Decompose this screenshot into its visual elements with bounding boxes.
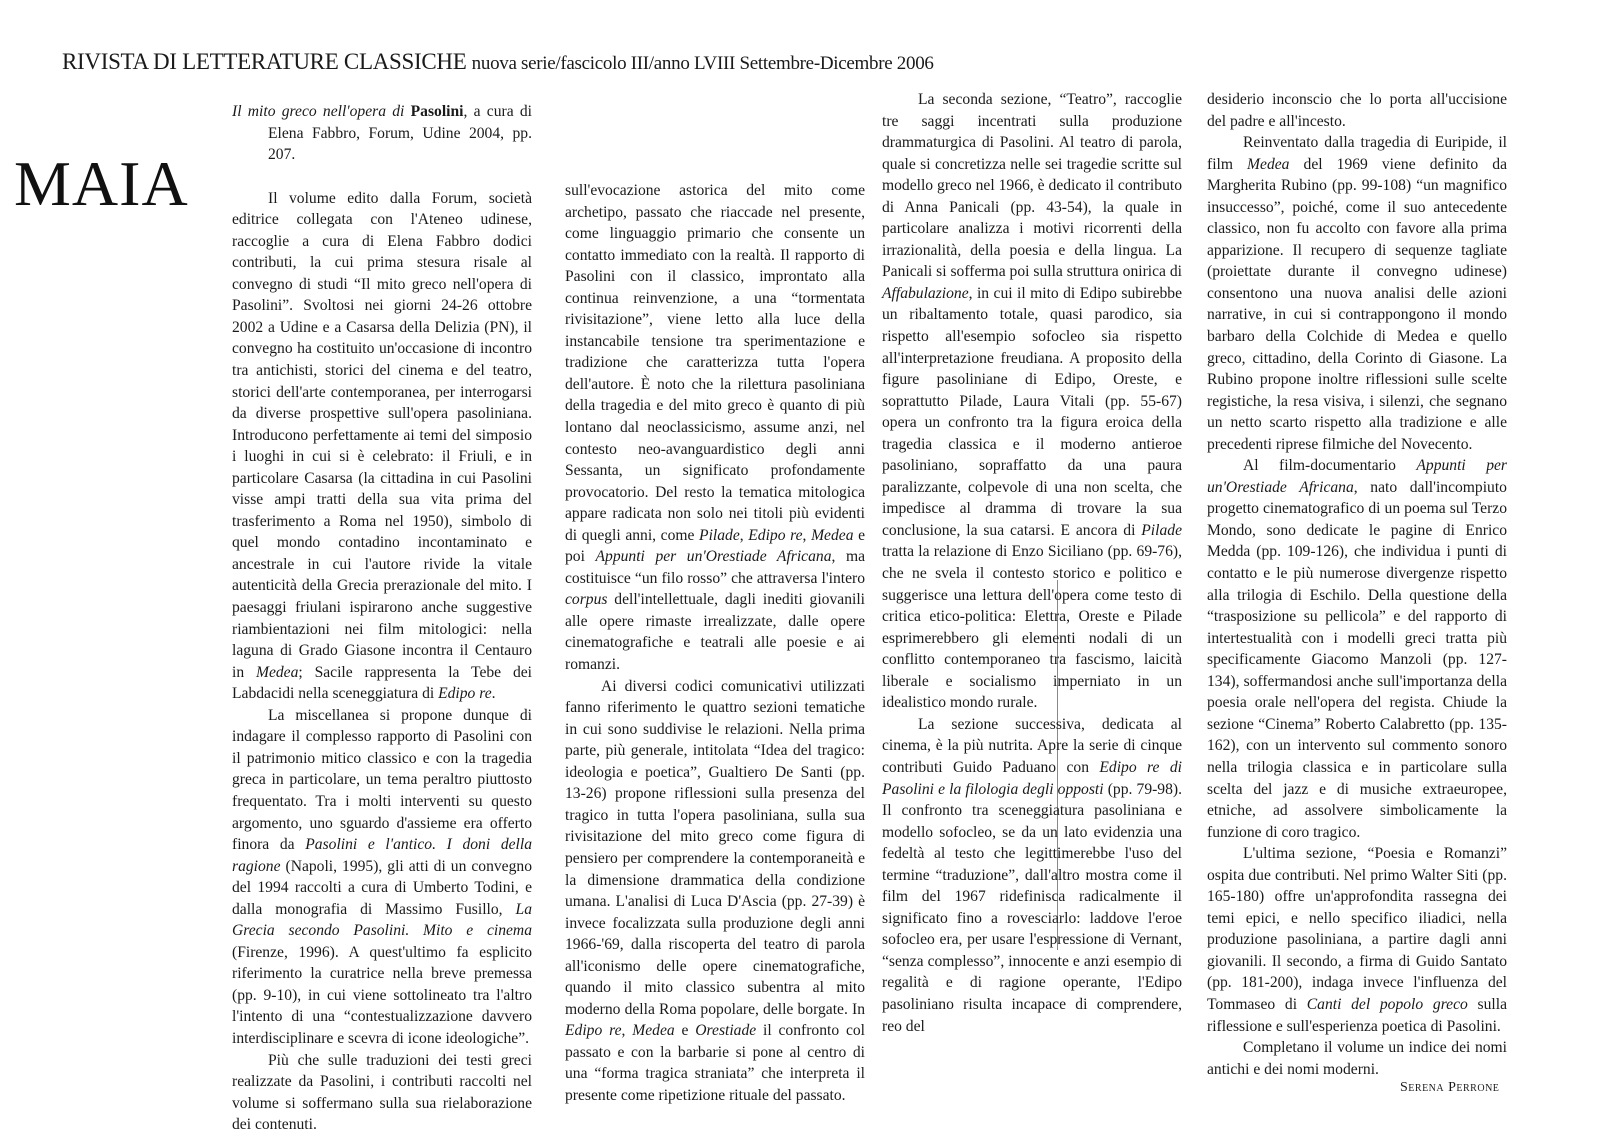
paragraph: Completano il volume un indice dei nomi … [1207,1037,1507,1080]
paragraph: sull'evocazione astorica del mito come a… [565,180,865,676]
paragraph: La sezione successiva, dedicata al cinem… [882,714,1182,1037]
author-signature: Serena Perrone [1400,1080,1499,1096]
paragraph: La seconda sezione, “Teatro”, raccoglie … [882,89,1182,714]
column-4: desiderio inconscio che lo porta all'ucc… [1207,89,1507,1080]
paragraph: Il volume edito dalla Forum, società edi… [232,188,532,705]
paragraph: Ai diversi codici comunicativi utilizzat… [565,676,865,1107]
citation-title: Il mito greco nell'opera di [232,103,404,120]
book-citation: Il mito greco nell'opera di Pasolini, a … [232,101,532,166]
issue-info: nuova serie/fascicolo III/anno LVIII Set… [472,53,934,74]
citation-author: Pasolini [411,103,464,120]
column-3: La seconda sezione, “Teatro”, raccoglie … [882,89,1182,1037]
paragraph: La miscellanea si propone dunque di inda… [232,705,532,1050]
journal-header: RIVISTA DI LETTERATURE CLASSICHE nuova s… [62,48,1052,78]
paragraph: Reinventato dalla tragedia di Euripide, … [1207,132,1507,455]
paragraph: Più che sulle traduzioni dei testi greci… [232,1050,532,1136]
journal-title: RIVISTA DI LETTERATURE CLASSICHE [62,49,466,74]
column-2: sull'evocazione astorica del mito come a… [565,180,865,1107]
masthead-maia: MAIA [14,152,189,216]
paragraph: Al film-documentario Appunti per un'Ores… [1207,455,1507,843]
paragraph: desiderio inconscio che lo porta all'ucc… [1207,89,1507,132]
column-1: Il mito greco nell'opera di Pasolini, a … [232,101,532,1136]
paragraph: L'ultima sezione, “Poesia e Romanzi” osp… [1207,843,1507,1037]
